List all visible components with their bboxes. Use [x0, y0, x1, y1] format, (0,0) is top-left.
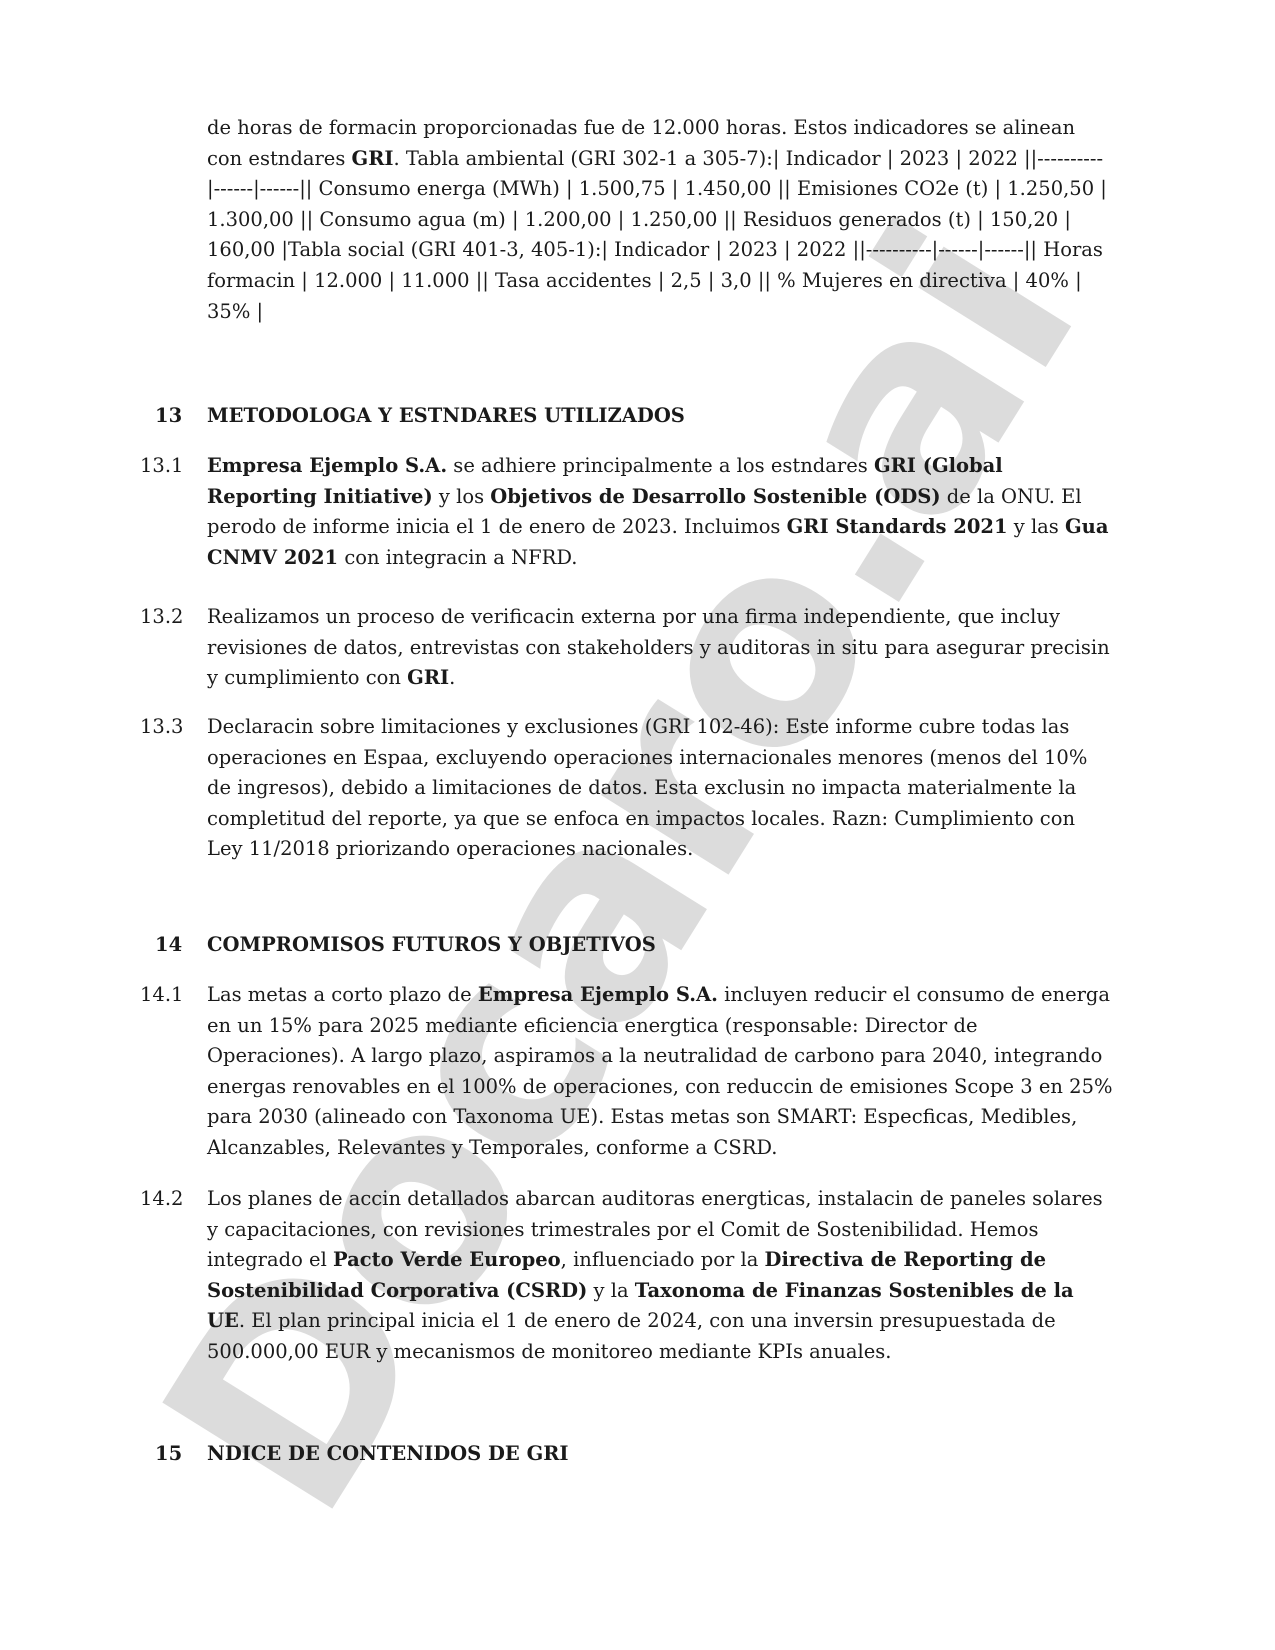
section-heading-13: 13METODOLOGA Y ESTNDARES UTILIZADOS	[155, 401, 685, 431]
section-number: 14	[155, 930, 207, 960]
section-heading-15: 15NDICE DE CONTENIDOS DE GRI	[155, 1439, 569, 1469]
bold-term: Empresa Ejemplo S.A.	[207, 454, 447, 477]
item-text: Declaracin sobre limitaciones y exclusio…	[207, 712, 1115, 865]
bold-term: Pacto Verde Europeo	[333, 1248, 561, 1271]
section-number: 15	[155, 1439, 207, 1469]
item-text: Los planes de accin detallados abarcan a…	[207, 1184, 1115, 1368]
bold-term: GRI	[352, 147, 394, 170]
list-item-13-2: 13.2 Realizamos un proceso de verificaci…	[140, 602, 1115, 694]
bold-term: Objetivos de Desarrollo Sostenible (ODS)	[490, 485, 940, 508]
list-item-14-2: 14.2 Los planes de accin detallados abar…	[140, 1184, 1115, 1368]
item-number: 14.1	[140, 980, 200, 1011]
item-text: Empresa Ejemplo S.A. se adhiere principa…	[207, 451, 1115, 573]
list-item-13-3: 13.3 Declaracin sobre limitaciones y exc…	[140, 712, 1115, 865]
section-title: NDICE DE CONTENIDOS DE GRI	[207, 1442, 569, 1465]
section-heading-14: 14COMPROMISOS FUTUROS Y OBJETIVOS	[155, 930, 656, 960]
item-number: 13.1	[140, 451, 200, 482]
bold-term: GRI	[407, 666, 449, 689]
item-number: 13.3	[140, 712, 200, 743]
bold-term: Empresa Ejemplo S.A.	[478, 983, 718, 1006]
section-title: METODOLOGA Y ESTNDARES UTILIZADOS	[207, 404, 685, 427]
bold-term: GRI Standards 2021	[787, 515, 1008, 538]
item-number: 13.2	[140, 602, 200, 633]
list-item-14-1: 14.1 Las metas a corto plazo de Empresa …	[140, 980, 1115, 1164]
item-text: Las metas a corto plazo de Empresa Ejemp…	[207, 980, 1115, 1164]
item-text: Realizamos un proceso de verificacin ext…	[207, 602, 1115, 694]
section-number: 13	[155, 401, 207, 431]
item-number: 14.2	[140, 1184, 200, 1215]
intro-paragraph: de horas de formacin proporcionadas fue …	[207, 113, 1112, 327]
list-item-13-1: 13.1 Empresa Ejemplo S.A. se adhiere pri…	[140, 451, 1115, 573]
section-title: COMPROMISOS FUTUROS Y OBJETIVOS	[207, 933, 656, 956]
